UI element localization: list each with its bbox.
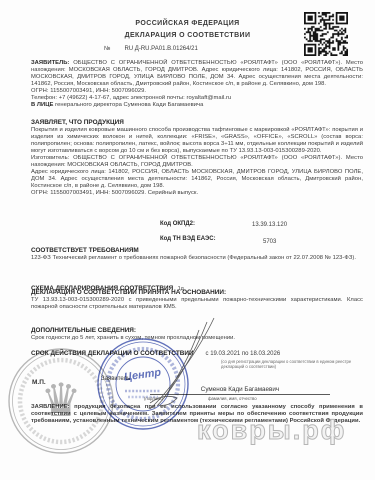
okpd2-label: Код ОКПД2:	[160, 221, 195, 227]
tnved-row: Код ТН ВЭД ЕАЭС:	[160, 236, 216, 242]
statement-heading: ЗАЯВЛЕНИЕ:	[31, 404, 70, 410]
applicant-paragraph: ЗАЯВИТЕЛЬ: ОБЩЕСТВО С ОГРАНИЧЕННОЙ ОТВЕТ…	[31, 60, 363, 88]
applicant-contact: Телефон: +7 (49622) 4-17-67, адрес элект…	[31, 95, 363, 102]
validity-heading: СРОК ДЕЙСТВИЯ ДЕКЛАРАЦИИ О СООТВЕТСТВИИ	[31, 350, 194, 357]
signature-captions: (подпись) фамилия, имя, отчество	[150, 395, 330, 401]
in-person-text: генерального директора Суменова Кади Баг…	[55, 102, 203, 108]
manufacturer-ogrn: ОГРН: 1155007003491, ИНН: 5007096029. Се…	[31, 190, 363, 197]
signature-block: Суменов Кади Багамаевич (подпись) фамили…	[150, 386, 330, 401]
number-value: RU Д-RU.РА01.В.01264/21	[124, 46, 197, 52]
manufacturer-text: ОБЩЕСТВО С ОГРАНИЧЕННОЙ ОТВЕТСТВЕННОСТЬЮ…	[31, 155, 363, 168]
applicant-ogrn: ОГРН: 1155007003491, ИНН: 5007096029.	[31, 88, 363, 95]
compliance-section: СООТВЕТСТВУЕТ ТРЕБОВАНИЯМ 123-ФЗ Техниче…	[31, 247, 363, 262]
manufacturer-address: Адрес юридического лица: 141802, РОССИЯ,…	[31, 169, 363, 190]
compliance-text: 123-ФЗ Технический регламент о требовани…	[31, 255, 363, 262]
tnved-label: Код ТН ВЭД ЕАЭС:	[160, 236, 216, 242]
okpd2-row: Код ОКПД2:	[160, 221, 195, 227]
okpd2-value: 13.39.13.120	[252, 222, 287, 228]
applicant-text: ОБЩЕСТВО С ОГРАНИЧЕННОЙ ОТВЕТСТВЕННОСТЬЮ…	[31, 60, 363, 87]
signatory-name: Суменов Кади Багамаевич	[150, 386, 330, 395]
applicant-role-label: Заявитель	[101, 376, 130, 382]
basis-section: ДЕКЛАРАЦИЯ О СООТВЕТСТВИИ ПРИНЯТА НА ОСН…	[31, 289, 363, 311]
additional-heading: ДОПОЛНИТЕЛЬНЫЕ СВЕДЕНИЯ:	[31, 327, 363, 334]
qr-code	[304, 12, 348, 56]
in-person-label: В ЛИЦЕ	[31, 102, 53, 108]
compliance-heading: СООТВЕТСТВУЕТ ТРЕБОВАНИЯМ	[31, 247, 363, 254]
additional-section: ДОПОЛНИТЕЛЬНЫЕ СВЕДЕНИЯ: Срок годности д…	[31, 327, 363, 342]
name-caption: фамилия, имя, отчество	[208, 396, 257, 401]
product-description: Покрытия и изделия ковровые машинного сп…	[31, 127, 363, 155]
qr-code-image	[304, 12, 348, 56]
tnved-value: 5703	[263, 239, 276, 245]
declaration-number: № RU Д-RU.РА01.В.01264/21	[104, 46, 198, 52]
additional-text: Срок годности до 5 лет, хранить в сухом,…	[31, 335, 363, 342]
basis-heading: ДЕКЛАРАЦИЯ О СООТВЕТСТВИИ ПРИНЯТА НА ОСН…	[31, 289, 363, 296]
mp-label: М.П.	[32, 379, 46, 386]
signature-caption: (подпись)	[144, 396, 163, 401]
number-label: №	[104, 46, 110, 52]
manufacturer-label: Изготовитель:	[31, 155, 69, 161]
manufacturer-paragraph: Изготовитель: ОБЩЕСТВО С ОГРАНИЧЕННОЙ ОТ…	[31, 155, 363, 169]
basis-text: ТУ 13.93.13-003-015300289-2020 с приведе…	[31, 297, 363, 311]
validity-note: (со дня регистрации декларации о соответ…	[221, 359, 363, 369]
validity-dates: с 19.03.2021 по 18.03.2026	[206, 351, 281, 357]
declaration-document: РОССИЙСКАЯ ФЕДЕРАЦИЯ ДЕКЛАРАЦИЯ О СООТВЕ…	[0, 0, 375, 480]
product-section: ЗАЯВЛЯЕТ, ЧТО ПРОДУКЦИЯ Покрытия и издел…	[31, 119, 363, 197]
validity-section: СРОК ДЕЙСТВИЯ ДЕКЛАРАЦИИ О СООТВЕТСТВИИ …	[31, 350, 363, 357]
applicant-section: ЗАЯВИТЕЛЬ: ОБЩЕСТВО С ОГРАНИЧЕННОЙ ОТВЕТ…	[31, 60, 363, 109]
product-heading: ЗАЯВЛЯЕТ, ЧТО ПРОДУКЦИЯ	[31, 119, 363, 126]
gray-round-stamp: ♛	[6, 346, 116, 456]
in-person-line: В ЛИЦЕ генерального директора Суменова К…	[31, 102, 363, 109]
site-watermark: ковры.рф	[197, 415, 346, 446]
applicant-heading: ЗАЯВИТЕЛЬ:	[31, 60, 69, 66]
